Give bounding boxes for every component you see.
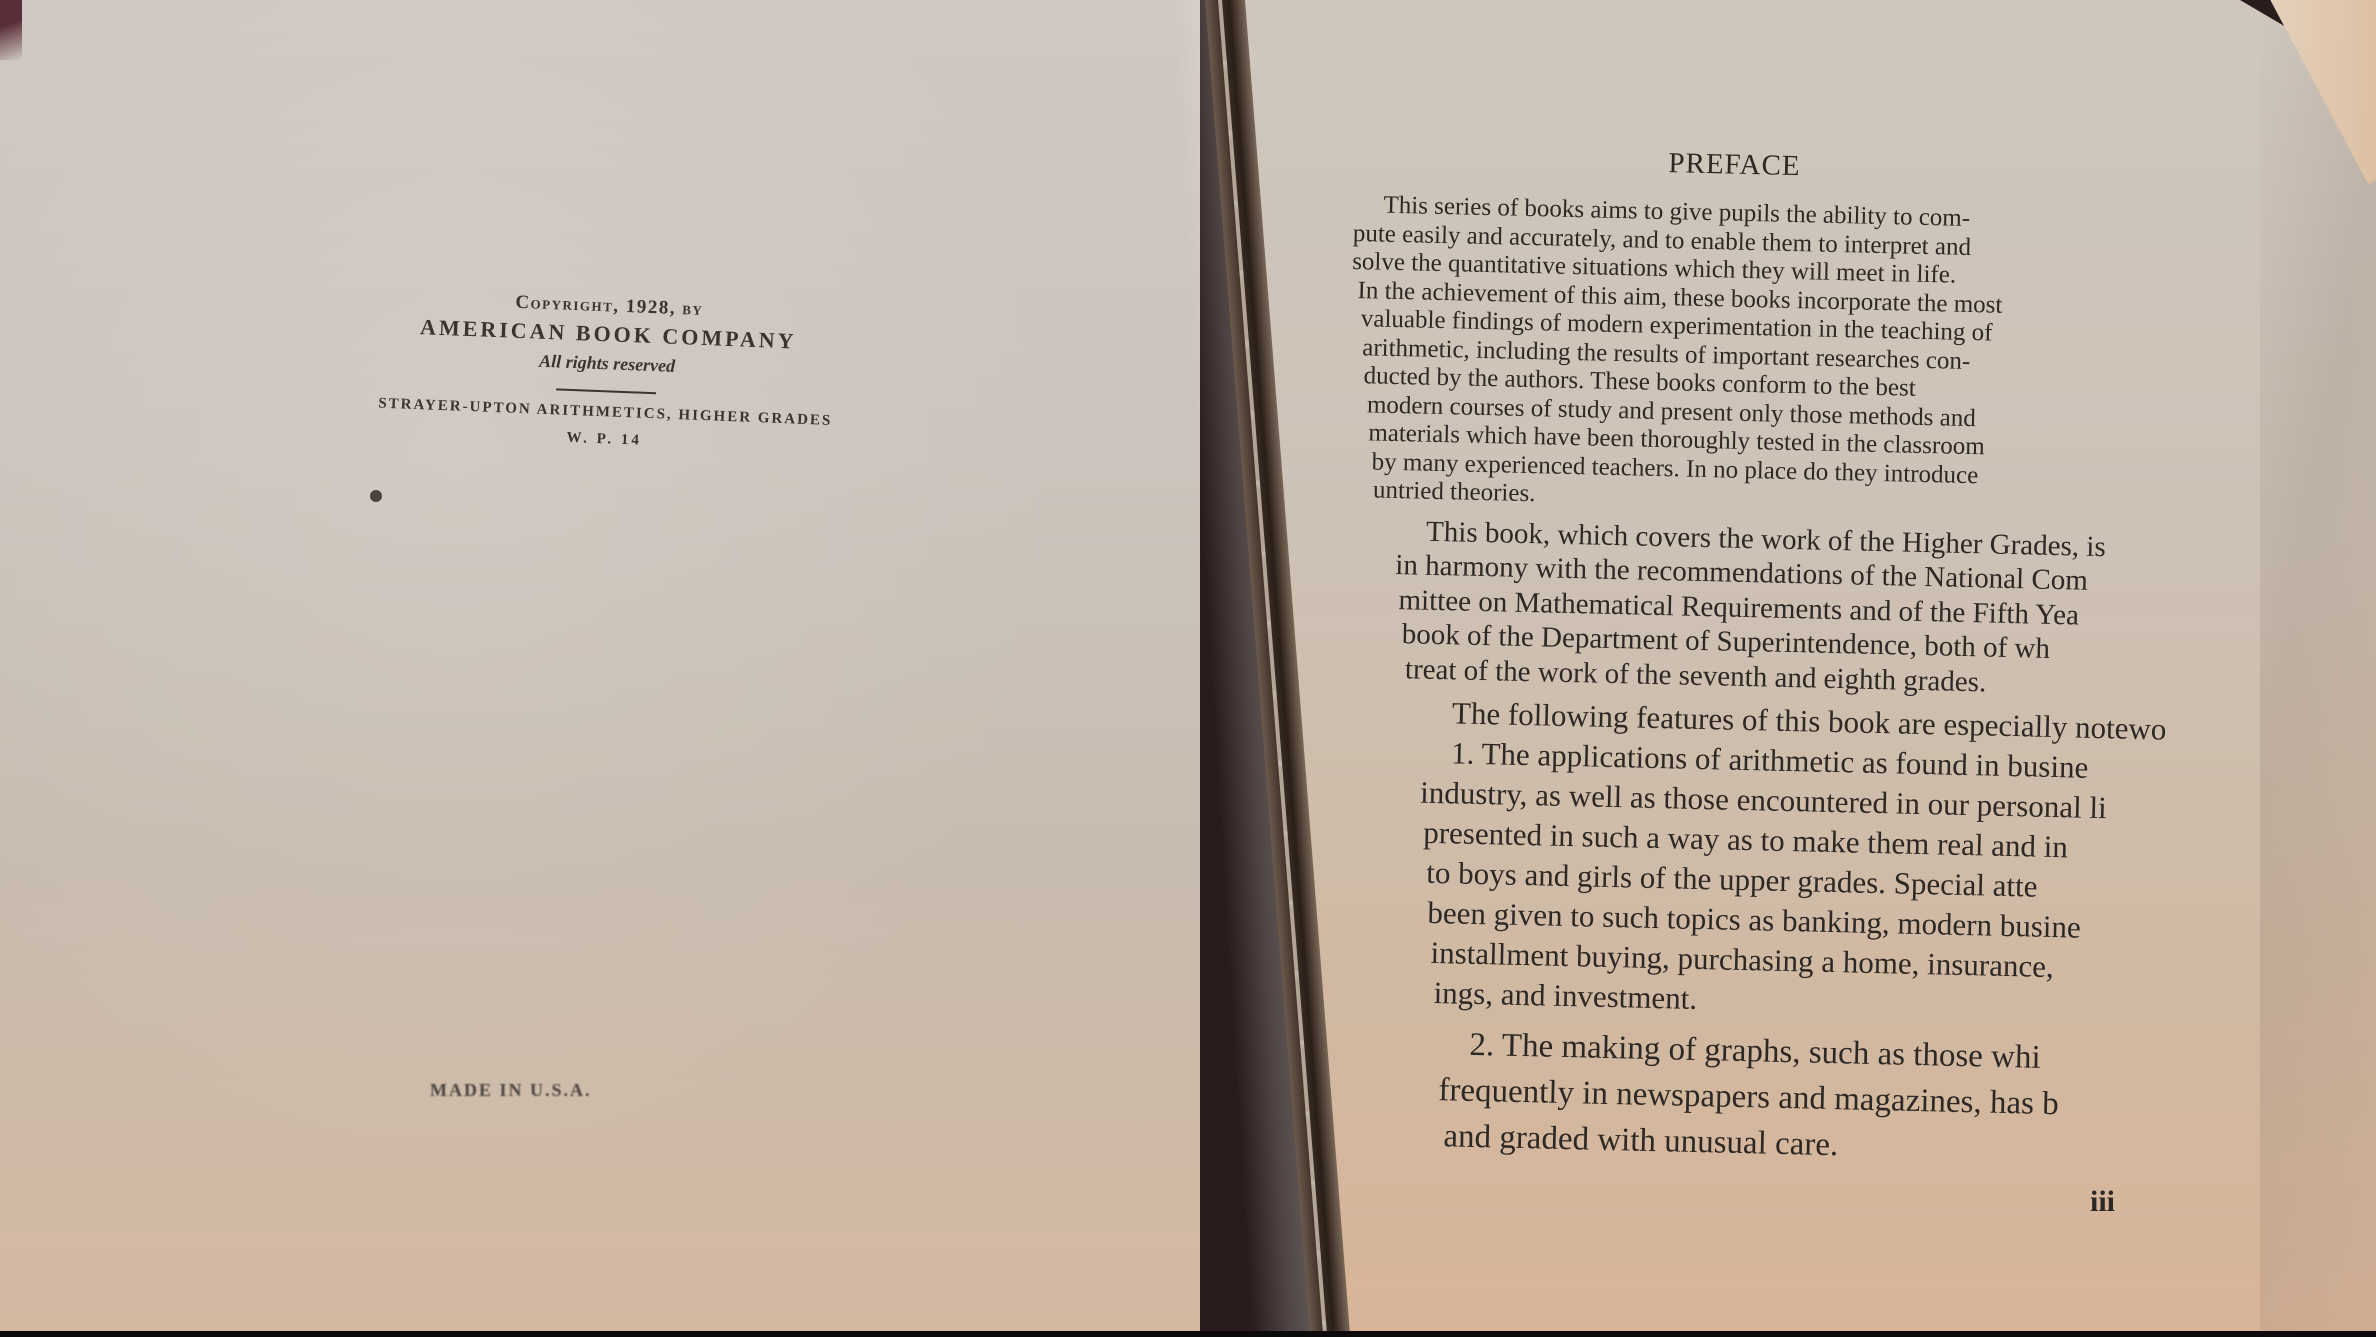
paragraph-1: This series of books aims to give pupils…	[1347, 191, 2376, 529]
made-in-label: MADE IN U.S.A.	[430, 1080, 592, 1101]
preface-text: PREFACE This series of books aims to giv…	[1332, 140, 2376, 1182]
page-number: iii	[2090, 1185, 2115, 1219]
paragraph-4: 2. The making of graphs, such as those w…	[1437, 1021, 2376, 1182]
left-page	[0, 0, 1200, 1331]
bottom-border	[0, 1331, 2376, 1337]
divider-rule	[556, 388, 656, 394]
paragraph-2: This book, which covers the work of the …	[1393, 514, 2376, 710]
left-corner-shadow	[0, 0, 22, 60]
open-book-photo: Copyright, 1928, by AMERICAN BOOK COMPAN…	[0, 0, 2376, 1331]
copyright-block: Copyright, 1928, by AMERICAN BOOK COMPAN…	[334, 285, 879, 459]
paragraph-3: The following features of this book are …	[1415, 693, 2376, 1036]
ink-spot	[370, 490, 382, 502]
